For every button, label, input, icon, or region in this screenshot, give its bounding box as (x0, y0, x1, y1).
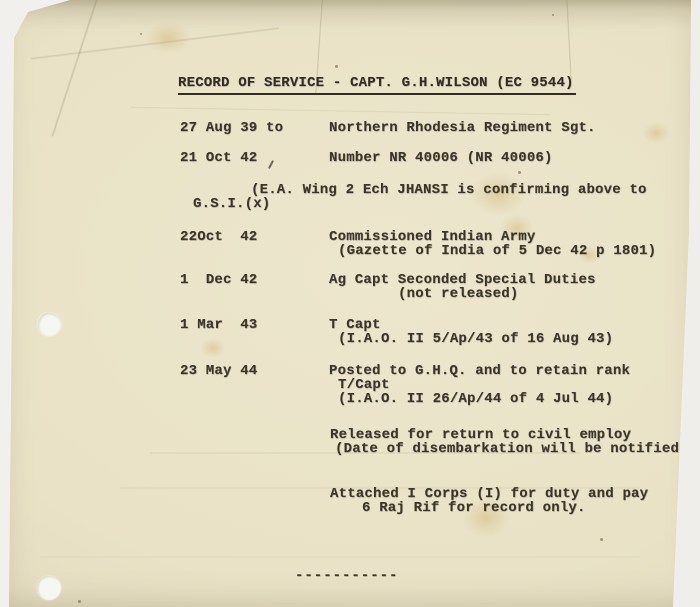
document-title: RECORD OF SERVICE - CAPT. G.H.WILSON (EC… (178, 76, 576, 95)
crease-line (566, 0, 572, 80)
confirmation-note-line2: G.S.I.(x) (193, 197, 270, 212)
entry-detail: (I.A.O. II 26/Ap/44 of 4 Jul 44) (338, 392, 613, 407)
speck (78, 600, 81, 603)
crease-line (130, 106, 550, 115)
crease-line (51, 0, 100, 137)
entry-description: Northern Rhodesia Regiment Sgt. (329, 121, 596, 136)
crease-line (40, 556, 640, 558)
entry-date: 22Oct 42 (180, 230, 257, 245)
entry-detail: (not released) (398, 287, 518, 302)
stain-mark (200, 338, 226, 358)
confirmation-note-line1: (E.A. Wing 2 Ech JHANSI is confirming ab… (251, 183, 647, 198)
stain-mark (145, 22, 191, 54)
entry-date: 1 Mar 43 (180, 318, 257, 333)
entry-date: 21 Oct 42 (180, 151, 257, 166)
entry-detail: (I.A.O. II 5/Ap/43 of 16 Aug 43) (338, 332, 613, 347)
punch-hole (36, 311, 63, 338)
speck (140, 33, 142, 35)
entry-detail: (Gazette of India of 5 Dec 42 p 1801) (338, 244, 656, 259)
end-mark: ----------- (295, 569, 398, 584)
scanned-document: RECORD OF SERVICE - CAPT. G.H.WILSON (EC… (0, 0, 700, 607)
speck (600, 538, 603, 541)
entry-description: Number NR 40006 (NR 40006) (329, 151, 553, 166)
entry-date: 1 Dec 42 (180, 273, 257, 288)
speck (335, 65, 338, 68)
entry-date: 27 Aug 39 to (180, 121, 283, 136)
release-note-line2: (Date of disembarkation will be notified… (335, 442, 688, 457)
speck (552, 14, 554, 16)
pen-mark (268, 160, 274, 169)
punch-hole (35, 574, 62, 601)
stain-mark (642, 122, 670, 144)
crease-line (31, 27, 280, 60)
entry-date: 23 May 44 (180, 364, 257, 379)
speck (518, 171, 521, 174)
attachment-note-line2: 6 Raj Rif for record only. (362, 501, 586, 516)
paper-sheet: RECORD OF SERVICE - CAPT. G.H.WILSON (EC… (0, 0, 700, 607)
